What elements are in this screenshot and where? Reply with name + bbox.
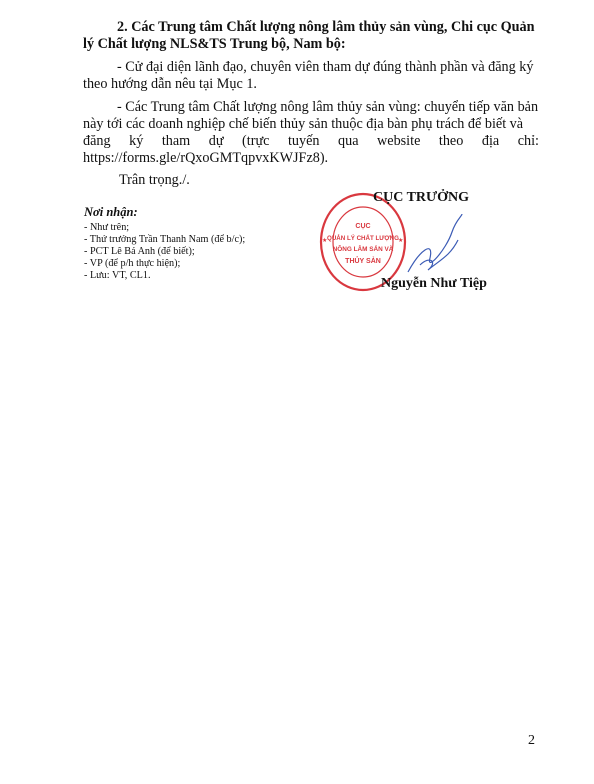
svg-text:CỤC: CỤC [355, 223, 370, 230]
bullet-1-line-1: - Cử đại diện lãnh đạo, chuyên viên tham… [117, 59, 533, 76]
signer-name: Nguyễn Như Tiệp [381, 276, 487, 292]
signature-icon [400, 210, 470, 280]
svg-text:QUẢN LÝ CHẤT LƯỢNG: QUẢN LÝ CHẤT LƯỢNG [327, 235, 399, 242]
svg-text:THỦY SẢN: THỦY SẢN [345, 256, 381, 265]
recipient-item: - Như trên; [84, 222, 129, 234]
recipient-item: - Lưu: VT, CL1. [84, 270, 151, 282]
bullet-2-line-2: này tới các doanh nghiệp chế biến thủy s… [83, 116, 523, 133]
recipients-title: Nơi nhận: [84, 205, 138, 220]
section-2-heading-line-2: lý Chất lượng NLS&TS Trung bộ, Nam bộ: [83, 36, 346, 53]
svg-text:NÔNG LÂM SẢN VÀ: NÔNG LÂM SẢN VÀ [333, 244, 394, 253]
recipient-item: - PCT Lê Bá Anh (để biết); [84, 246, 195, 258]
form-link[interactable]: https://forms.gle/rQxoGMTqpvxKWJFz8). [83, 150, 328, 167]
closing-regards: Trân trọng./. [119, 172, 190, 189]
page-number: 2 [528, 733, 535, 749]
bullet-1-line-2: theo hướng dẫn nêu tại Mục 1. [83, 76, 257, 93]
section-2-heading-line-1: 2. Các Trung tâm Chất lượng nông lâm thủ… [117, 19, 535, 36]
recipient-item: - Thứ trưởng Trần Thanh Nam (để b/c); [84, 234, 245, 246]
bullet-2-line-3: đăng ký tham dự (trực tuyến qua website … [83, 133, 539, 150]
signer-title: CỤC TRƯỞNG [373, 190, 469, 206]
recipient-item: - VP (để p/h thực hiện); [84, 258, 180, 270]
bullet-2-line-1: - Các Trung tâm Chất lượng nông lâm thủy… [117, 99, 538, 116]
